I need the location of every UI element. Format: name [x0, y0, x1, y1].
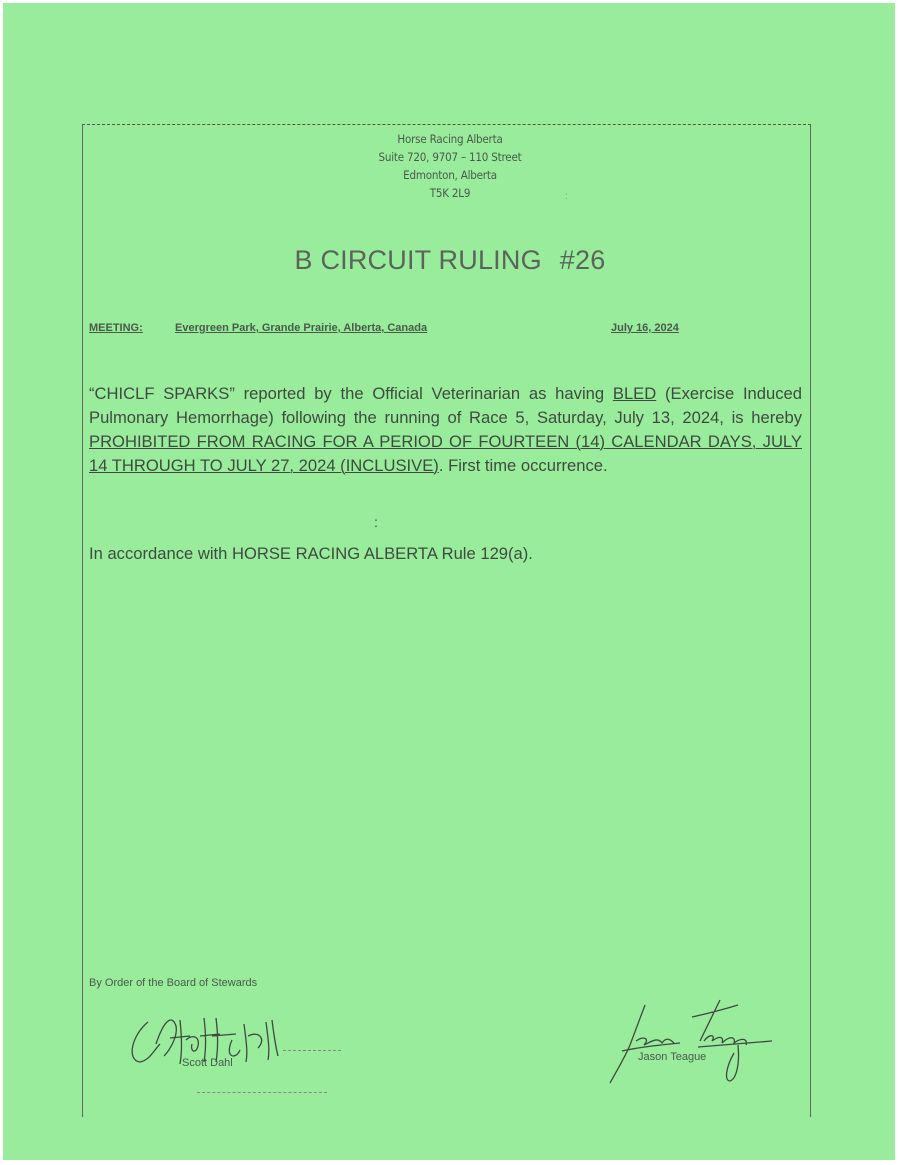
bled-term: BLED [613, 384, 656, 403]
signature-scribble-left-icon [120, 1000, 360, 1080]
scan-dash [197, 1092, 327, 1093]
signature-line-left [283, 1050, 341, 1051]
signature-scott-dahl: Scott Dahl [120, 1000, 360, 1080]
rule-reference: In accordance with HORSE RACING ALBERTA … [89, 544, 533, 564]
body-part-3: . First time occurrence. [439, 456, 608, 475]
letterhead: Horse Racing Alberta Suite 720, 9707 – 1… [0, 130, 900, 202]
meeting-row: MEETING: Evergreen Park, Grande Prairie,… [89, 322, 810, 340]
address-line-1: Suite 720, 9707 – 110 Street [0, 148, 900, 166]
meeting-date: July 16, 2024 [611, 322, 679, 334]
board-order-text: By Order of the Board of Stewards [89, 977, 257, 989]
postal-code: T5K 2L9 [0, 184, 900, 202]
ruling-title-text: B CIRCUIT RULING [295, 245, 542, 275]
ruling-title: B CIRCUIT RULING#26 [0, 245, 900, 276]
ruling-number: #26 [560, 245, 606, 275]
meeting-venue: Evergreen Park, Grande Prairie, Alberta,… [175, 322, 427, 334]
stray-mark: : [374, 514, 378, 530]
address-line-2: Edmonton, Alberta [0, 166, 900, 184]
scan-speck: : [565, 191, 568, 202]
organization-name: Horse Racing Alberta [0, 130, 900, 148]
ruling-body: “CHICLF SPARKS” reported by the Official… [89, 382, 802, 478]
signature-scribble-right-icon [600, 995, 800, 1085]
signature-jason-teague: Jason Teague [600, 995, 800, 1085]
body-part-1: “CHICLF SPARKS” reported by the Official… [89, 384, 613, 403]
steward-name-left: Scott Dahl [182, 1057, 233, 1069]
meeting-label: MEETING: [89, 322, 143, 334]
steward-name-right: Jason Teague [638, 1051, 706, 1063]
